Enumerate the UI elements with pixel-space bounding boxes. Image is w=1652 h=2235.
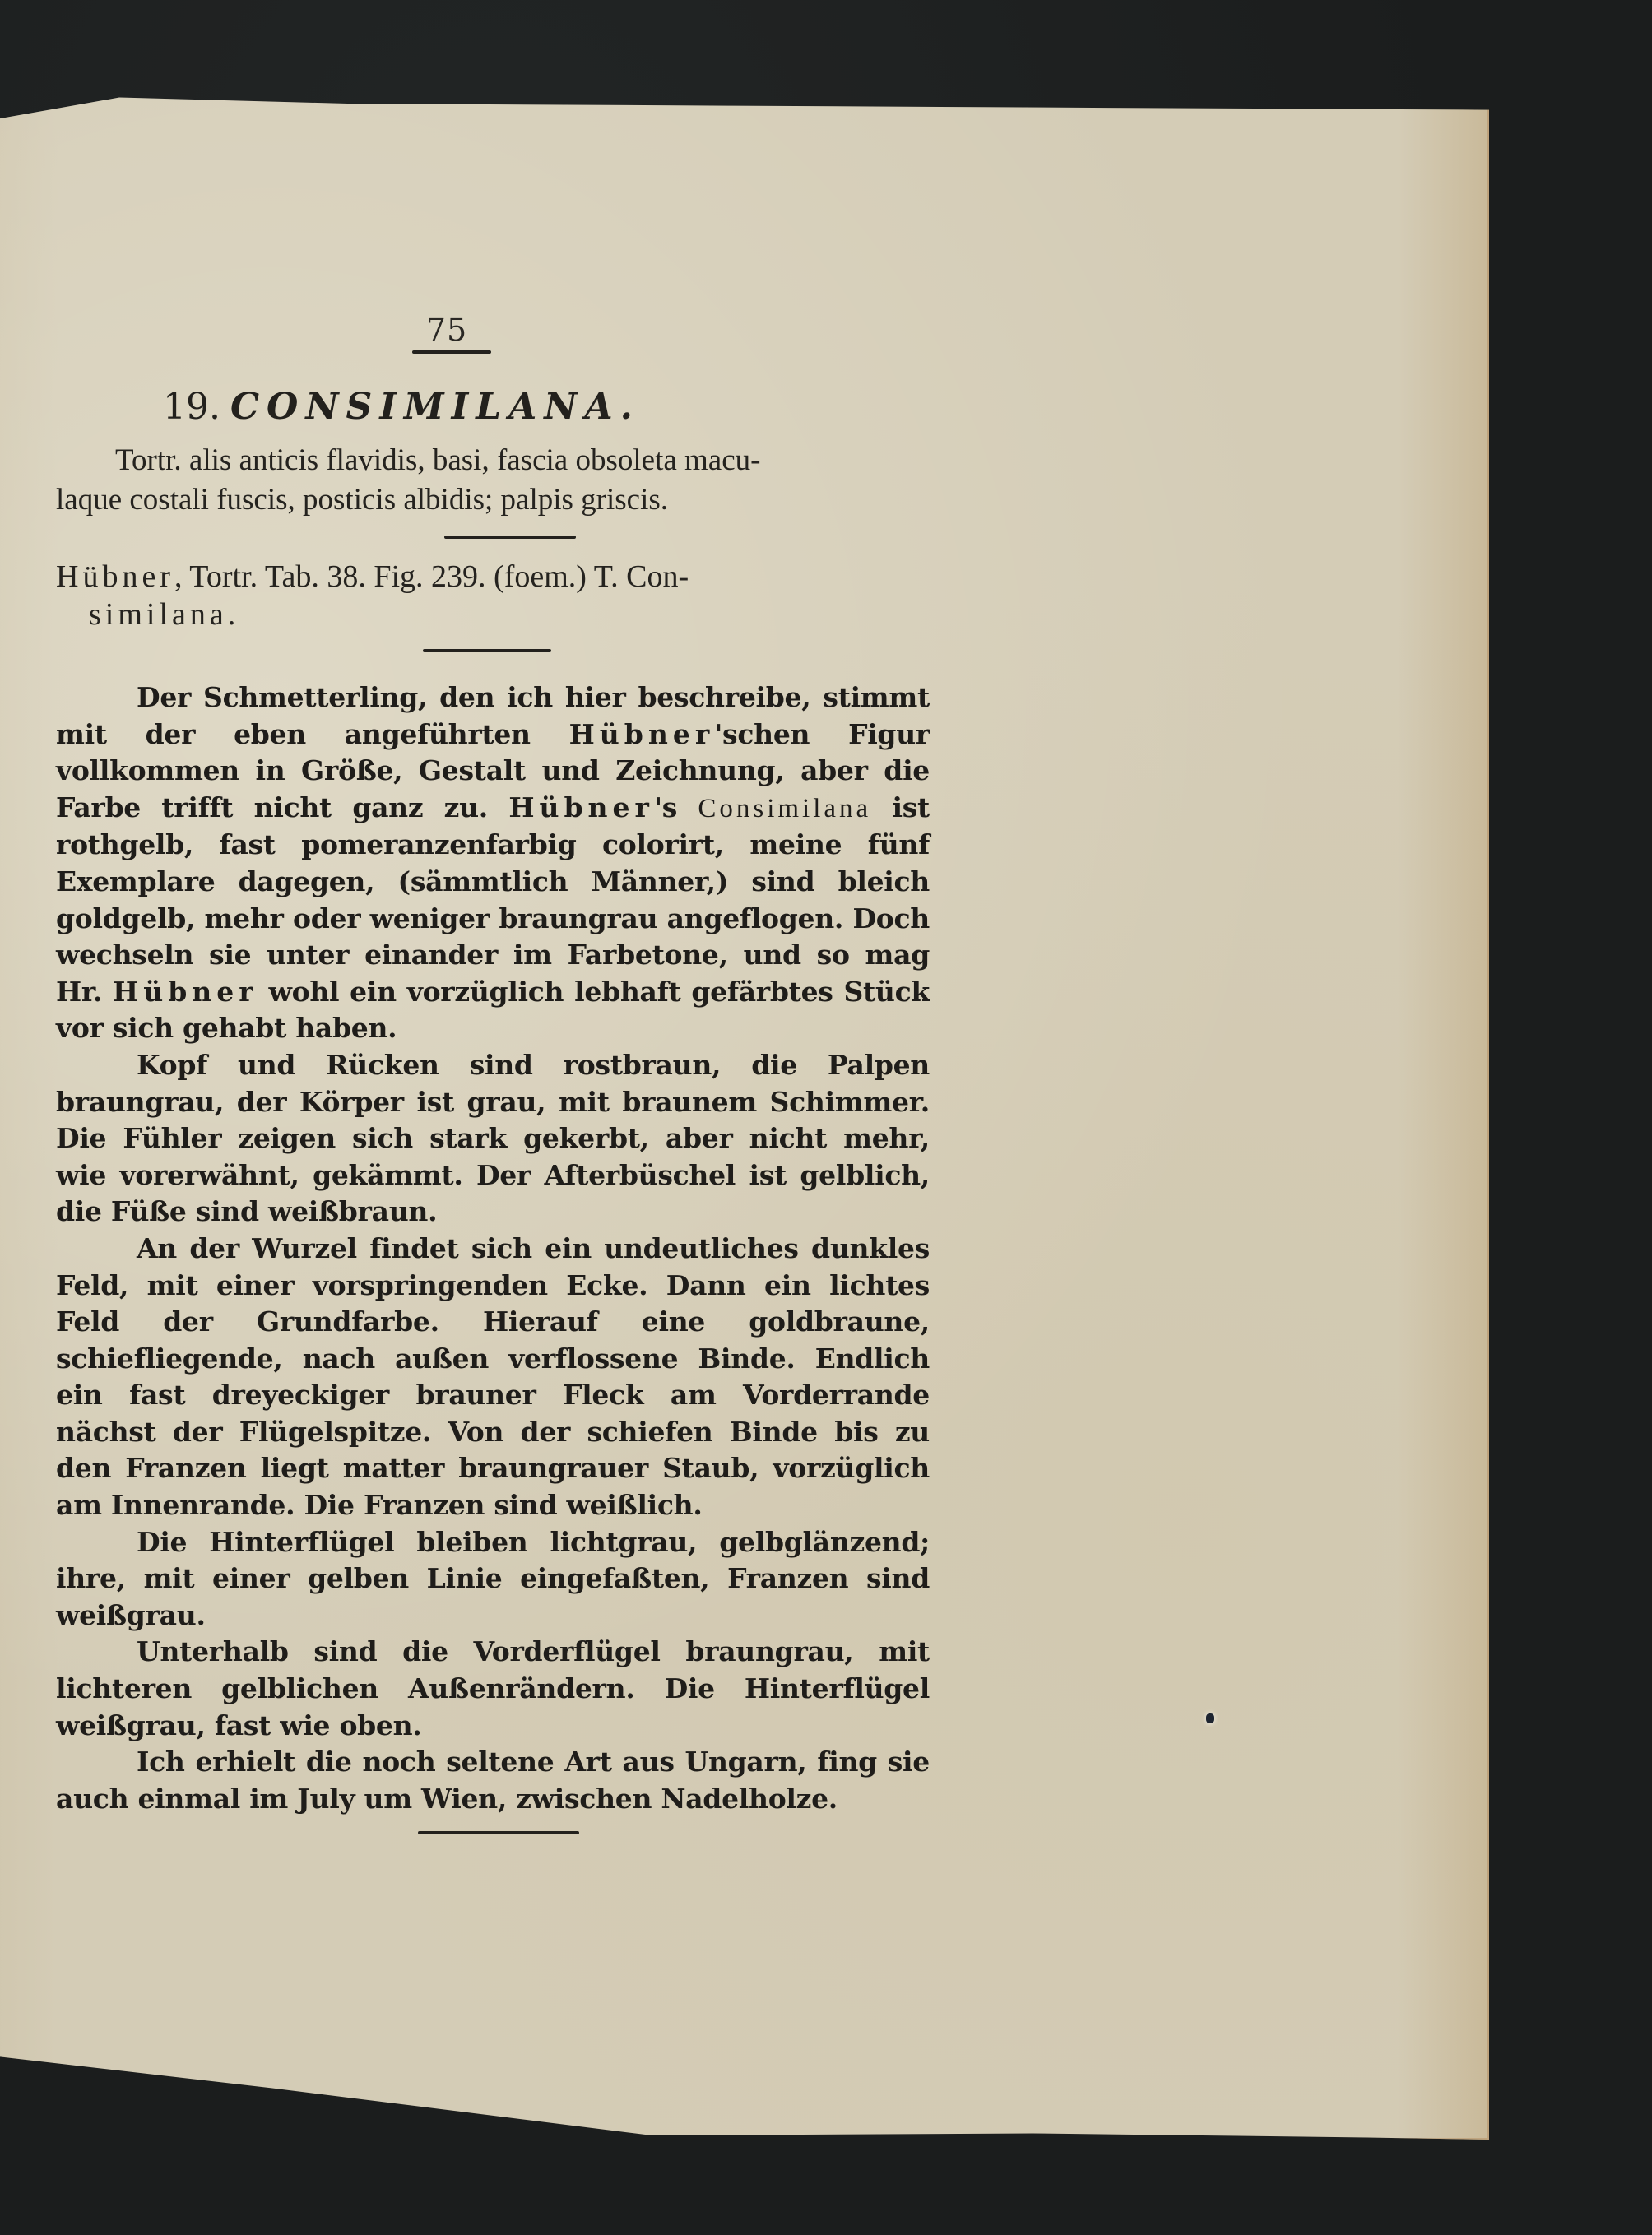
page-number: 75 xyxy=(401,312,492,348)
text-run: Die Hinterflügel bleiben lichtgrau, gelb… xyxy=(56,1526,930,1631)
species-heading: 19.CONSIMILANA. xyxy=(163,386,640,428)
page-number-rule xyxy=(412,350,491,354)
text-run: 's xyxy=(654,791,698,823)
author-name: Hübner xyxy=(569,718,715,750)
ink-speck xyxy=(1206,1713,1214,1723)
text-run: Ich erhielt die noch seltene Art aus Ung… xyxy=(56,1746,930,1815)
reference-author: Hübner xyxy=(56,559,174,594)
reference-continuation: similana. xyxy=(56,596,930,633)
text-run: Kopf und Rücken sind rostbraun, die Palp… xyxy=(56,1049,930,1227)
latin-diagnosis: Tortr. alis anticis flavidis, basi, fasc… xyxy=(56,441,930,520)
reference-text: , Tortr. Tab. 38. Fig. 239. (foem.) T. C… xyxy=(174,559,689,594)
species-name: CONSIMILANA. xyxy=(230,386,640,428)
paragraph: Ich erhielt die noch seltene Art aus Ung… xyxy=(56,1744,930,1817)
paragraph: Der Schmetterling, den ich hier beschrei… xyxy=(56,679,930,1047)
author-name: Hübner xyxy=(113,976,258,1008)
end-divider xyxy=(418,1831,579,1834)
literature-reference: Hübner, Tortr. Tab. 38. Fig. 239. (foem.… xyxy=(56,558,930,633)
diagnosis-line-1: Tortr. alis anticis flavidis, basi, fasc… xyxy=(56,441,930,480)
text-run: Unterhalb sind die Vorderflügel braungra… xyxy=(56,1635,930,1741)
paragraph: Unterhalb sind die Vorderflügel braungra… xyxy=(56,1634,930,1744)
section-divider xyxy=(444,536,576,539)
book-page: 75 19.CONSIMILANA. Tortr. alis anticis f… xyxy=(0,79,1489,2140)
description-body: Der Schmetterling, den ich hier beschrei… xyxy=(56,679,930,1817)
text-run: An der Wurzel findet sich ein undeutlich… xyxy=(56,1232,930,1521)
author-name: Hübner xyxy=(508,791,654,823)
diagnosis-line-2: laque costali fuscis, posticis albidis; … xyxy=(56,483,668,517)
paragraph: An der Wurzel findet sich ein undeutlich… xyxy=(56,1231,930,1524)
paragraph: Die Hinterflügel bleiben lichtgrau, gelb… xyxy=(56,1524,930,1635)
section-divider xyxy=(423,649,551,652)
latin-term: Consimilana xyxy=(698,794,871,823)
species-number: 19. xyxy=(163,386,220,428)
paragraph: Kopf und Rücken sind rostbraun, die Palp… xyxy=(56,1047,930,1231)
